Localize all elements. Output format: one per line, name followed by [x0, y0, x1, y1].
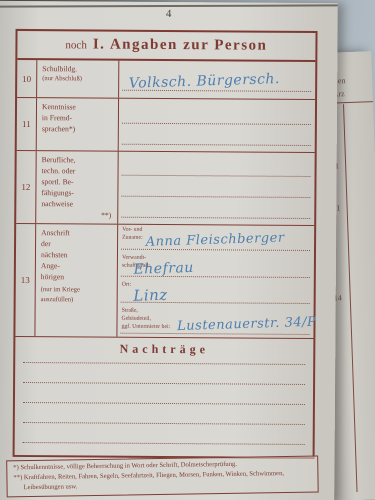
dotted-line [122, 123, 311, 125]
handwritten-entry-schulbildung: Volksch. Bürgersch. [129, 71, 281, 92]
handwritten-entry-strasse: Lustenauerstr. 34/P [177, 315, 317, 334]
dotted-line [121, 196, 310, 198]
row-number: 11 [17, 98, 37, 150]
row-label: Kenntnisse in Fremd- sprachen*) [37, 98, 119, 151]
row-label: Anschrift der nächsten Ange- hörigen (nu… [35, 224, 118, 337]
table-row-schulbildung: 10 Schulbildg. (nur Abschluß) Volksch. B… [17, 60, 315, 100]
footnotes-box: *) Schulkenntnisse, völlige Beherrschung… [6, 456, 319, 498]
table-row-fremdsprachen: 11 Kenntnisse in Fremd- sprachen*) [17, 98, 315, 153]
row-content: Vor- und Zuname: Anna Fleischberger Verw… [117, 225, 314, 338]
dotted-line [120, 333, 309, 335]
handwritten-entry-ort: Linz [133, 286, 168, 305]
dotted-line [23, 382, 305, 385]
row-number: 10 [17, 60, 37, 97]
main-table: noch I. Angaben zur Person 10 Schulbildg… [13, 29, 318, 459]
nachtraege-title: Nachträge [15, 341, 313, 358]
photo-background: Gen Ärz 1 11 11 14 4 noch I. Angaben zur… [0, 0, 375, 500]
handwritten-entry-verwandtschaftsgrad: Ehefrau [133, 260, 194, 278]
row-content [119, 99, 315, 152]
subfield-ort: Ort: Linz [118, 280, 314, 307]
subfield-verwandtschaftsgrad: Verwandt- schaftsgrad: Ehefrau [118, 253, 314, 281]
row-content: Volksch. Bürgersch. [119, 61, 315, 99]
table-row-anschrift-angehoerige: 13 Anschrift der nächsten Ange- hörigen … [15, 224, 314, 339]
facing-rule [343, 104, 358, 492]
dotted-line [23, 422, 305, 425]
row-content [118, 152, 314, 225]
footnote-2: **) Kraftfahren, Reiten, Fahren, Segeln,… [13, 469, 312, 493]
subfield-name: Vor- und Zuname: Anna Fleischberger [118, 225, 314, 254]
row-number: 12 [16, 151, 37, 223]
dotted-line [122, 175, 311, 177]
handwritten-entry-name: Anna Fleischberger [146, 230, 285, 249]
dotted-line [23, 442, 305, 445]
table-row-befaehigungsnachweise: 12 Berufliche, techn. oder sportl. Be- f… [16, 151, 315, 226]
dotted-line [23, 402, 305, 405]
dotted-line [23, 362, 305, 365]
header-prefix: noch [65, 39, 86, 51]
section-nachtraege: Nachträge [15, 337, 314, 457]
page-number: 4 [0, 7, 338, 21]
subfield-strasse: Straße, Gebäudeteil, ggf. Untermieter be… [117, 306, 313, 338]
section-header: noch I. Angaben zur Person [17, 31, 315, 62]
row-number: 13 [15, 224, 36, 336]
dotted-line [121, 217, 310, 219]
header-title: I. Angaben zur Person [93, 36, 268, 54]
row-label: Schulbildg. (nur Abschluß) [37, 60, 119, 98]
document-page: 4 noch I. Angaben zur Person 10 Schulbil… [0, 1, 338, 500]
dotted-line [122, 144, 311, 146]
facing-rule [331, 101, 373, 103]
row-label: Berufliche, techn. oder sportl. Be- fähi… [36, 151, 119, 224]
